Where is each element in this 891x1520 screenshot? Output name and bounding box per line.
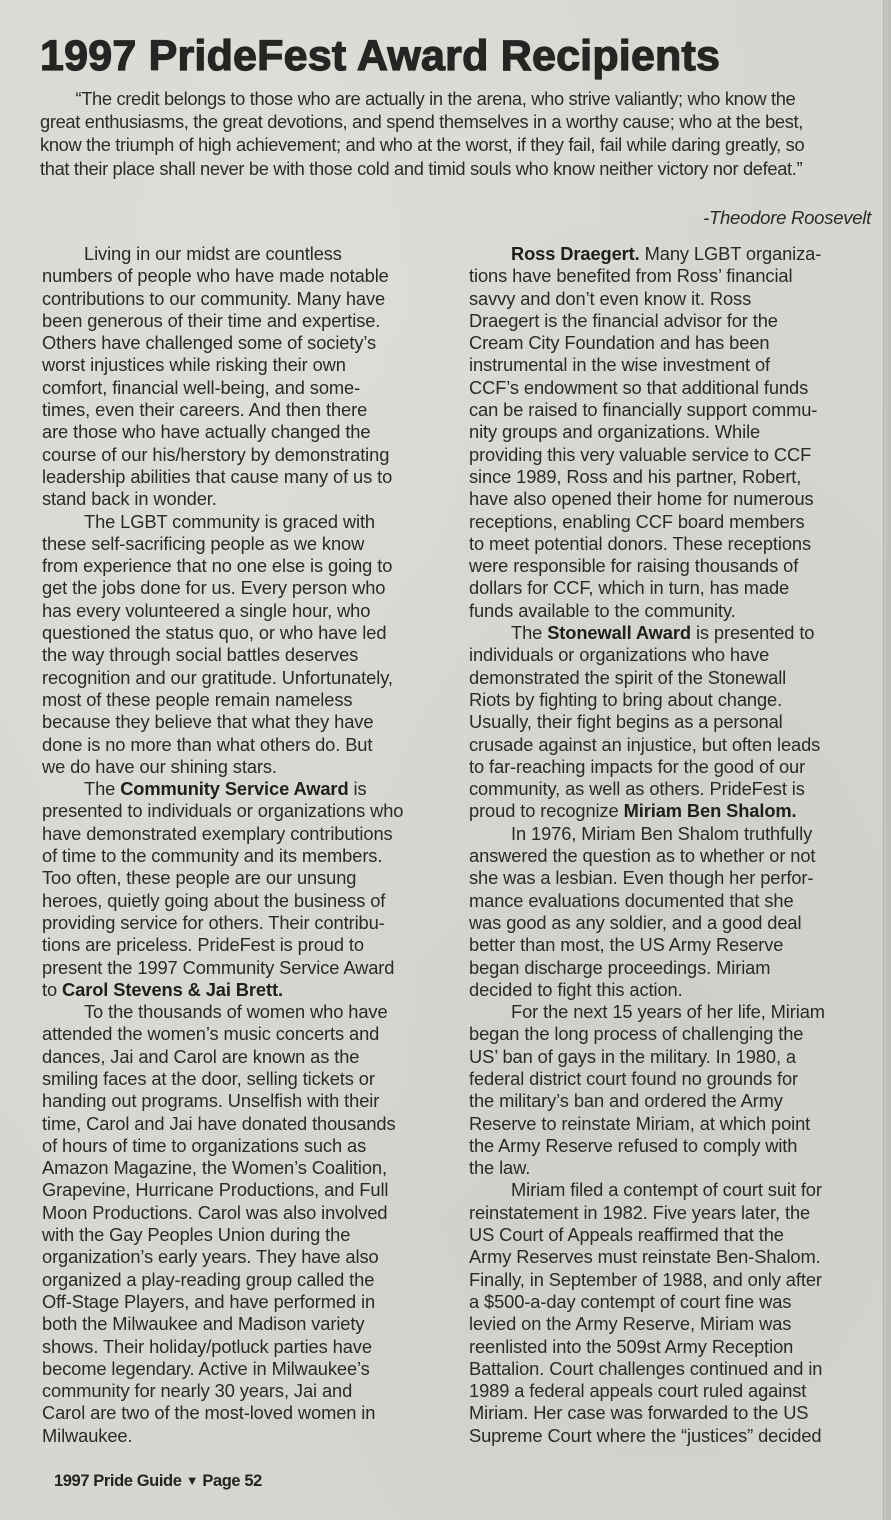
text-line: a $500-a-day contempt of court fine was (469, 1291, 882, 1313)
text-line: since 1989, Ross and his partner, Robert… (469, 466, 882, 488)
body-text: shows. Their holiday/potluck parties hav… (42, 1336, 372, 1357)
text-line: shows. Their holiday/potluck parties hav… (42, 1336, 454, 1358)
text-line: have demonstrated exemplary contribution… (42, 823, 454, 845)
body-text: Many LGBT organiza- (640, 243, 822, 264)
body-text: of time to the community and its members… (42, 845, 382, 866)
body-text: Amazon Magazine, the Women’s Coalition, (42, 1157, 387, 1178)
body-text: to meet potential donors. These receptio… (469, 533, 811, 554)
text-line: the way through social battles deserves (42, 644, 454, 666)
text-line: attended the women’s music concerts and (42, 1023, 454, 1045)
text-line: both the Milwaukee and Madison variety (42, 1313, 454, 1335)
body-text: the law. (469, 1157, 530, 1178)
body-text: reinstatement in 1982. Five years later,… (469, 1202, 810, 1223)
text-line: instrumental in the wise investment of (469, 354, 882, 376)
text-line: Too often, these people are our unsung (42, 867, 454, 889)
body-text: with the Gay Peoples Union during the (42, 1224, 350, 1245)
body-text: levied on the Army Reserve, Miriam was (469, 1313, 791, 1334)
body-text: Miriam filed a contempt of court suit fo… (511, 1179, 822, 1200)
body-text: these self-sacrificing people as we know (42, 533, 364, 554)
body-text: In 1976, Miriam Ben Shalom truthfully (511, 823, 812, 844)
text-line: reenlisted into the 509st Army Reception (469, 1336, 882, 1358)
body-text: smiling faces at the door, selling ticke… (42, 1068, 375, 1089)
body-text: presented to individuals or organization… (42, 800, 403, 821)
text-line: dollars for CCF, which in turn, has made (469, 577, 882, 599)
body-text: both the Milwaukee and Madison variety (42, 1313, 364, 1334)
body-text: course of our his/herstory by demonstrat… (42, 444, 389, 465)
text-line: providing this very valuable service to … (469, 444, 882, 466)
text-line: recognition and our gratitude. Unfortuna… (42, 667, 454, 689)
text-line: become legendary. Active in Milwaukee’s (42, 1358, 454, 1380)
body-text: worst injustices while risking their own (42, 354, 346, 375)
text-line: most of these people remain nameless (42, 689, 454, 711)
body-text: are those who have actually changed the (42, 421, 370, 442)
body-text: a $500-a-day contempt of court fine was (469, 1291, 791, 1312)
text-line: Battalion. Court challenges continued an… (469, 1358, 882, 1380)
text-line: Living in our midst are countless (42, 243, 454, 265)
body-text: funds available to the community. (469, 600, 736, 621)
body-text: is presented to (691, 622, 814, 643)
body-text: US’ ban of gays in the military. In 1980… (469, 1046, 796, 1067)
text-line: federal district court found no grounds … (469, 1068, 882, 1090)
text-line: savvy and don’t even know it. Ross (469, 288, 882, 310)
text-line: answered the question as to whether or n… (469, 845, 882, 867)
text-line: the Army Reserve refused to comply with (469, 1135, 882, 1157)
page-edge-strip (883, 0, 891, 1520)
text-line: done is no more than what others do. But (42, 734, 454, 756)
text-line: these self-sacrificing people as we know (42, 533, 454, 555)
body-text: US Court of Appeals reaffirmed that the (469, 1224, 784, 1245)
body-text: because they believe that what they have (42, 711, 373, 732)
text-line: Moon Productions. Carol was also involve… (42, 1202, 454, 1224)
text-line: with the Gay Peoples Union during the (42, 1224, 454, 1246)
body-text: Living in our midst are countless (84, 243, 342, 264)
text-line: demonstrated the spirit of the Stonewall (469, 667, 882, 689)
text-line: reinstatement in 1982. Five years later,… (469, 1202, 882, 1224)
text-line: Miriam. Her case was forwarded to the US (469, 1402, 882, 1424)
body-text: began discharge proceedings. Miriam (469, 957, 770, 978)
text-line: she was a lesbian. Even though her perfo… (469, 867, 882, 889)
body-text: 1989 a federal appeals court ruled again… (469, 1380, 806, 1401)
text-line: worst injustices while risking their own (42, 354, 454, 376)
body-text: time, Carol and Jai have donated thousan… (42, 1113, 396, 1134)
body-text: began the long process of challenging th… (469, 1023, 803, 1044)
text-line: 1989 a federal appeals court ruled again… (469, 1380, 882, 1402)
body-text: questioned the status quo, or who have l… (42, 622, 386, 643)
body-text: can be raised to financially support com… (469, 399, 817, 420)
publication-name: 1997 Pride Guide (54, 1472, 182, 1490)
body-text: most of these people remain nameless (42, 689, 352, 710)
text-line: Finally, in September of 1988, and only … (469, 1269, 882, 1291)
body-text: contributions to our community. Many hav… (42, 288, 385, 309)
text-line: time, Carol and Jai have donated thousan… (42, 1113, 454, 1135)
body-text: individuals or organizations who have (469, 644, 769, 665)
body-text: mance evaluations documented that she (469, 890, 794, 911)
body-text: present the 1997 Community Service Award (42, 957, 394, 978)
opening-quote: “The credit belongs to those who are act… (40, 87, 836, 180)
body-text: instrumental in the wise investment of (469, 354, 770, 375)
text-line: community, as well as others. PrideFest … (469, 778, 882, 800)
text-line: we do have our shining stars. (42, 756, 454, 778)
text-line: For the next 15 years of her life, Miria… (469, 1001, 882, 1023)
text-line: of time to the community and its members… (42, 845, 454, 867)
text-line: Grapevine, Hurricane Productions, and Fu… (42, 1179, 454, 1201)
text-line: mance evaluations documented that she (469, 890, 882, 912)
body-text: Cream City Foundation and has been (469, 332, 769, 353)
text-line: better than most, the US Army Reserve (469, 934, 882, 956)
text-line: Amazon Magazine, the Women’s Coalition, (42, 1157, 454, 1179)
text-line: presented to individuals or organization… (42, 800, 454, 822)
body-text: Finally, in September of 1988, and only … (469, 1269, 822, 1290)
body-text: Milwaukee. (42, 1425, 132, 1446)
body-text: numbers of people who have made notable (42, 265, 389, 286)
body-text: we do have our shining stars. (42, 756, 277, 777)
body-text: Carol are two of the most-loved women in (42, 1402, 375, 1423)
body-text: comfort, financial well-being, and some- (42, 377, 360, 398)
page-footer: 1997 Pride Guide ▼ Page 52 (54, 1471, 262, 1491)
body-text: since 1989, Ross and his partner, Robert… (469, 466, 801, 487)
text-line: stand back in wonder. (42, 488, 454, 510)
bold-name-text: Ross Draegert. (511, 243, 640, 264)
body-text: To the thousands of women who have (84, 1001, 388, 1022)
text-line: course of our his/herstory by demonstrat… (42, 444, 454, 466)
body-text: heroes, quietly going about the business… (42, 890, 385, 911)
newspaper-page: 1997 PrideFest Award Recipients “The cre… (0, 0, 891, 1520)
text-line: Others have challenged some of society’s (42, 332, 454, 354)
body-text: Moon Productions. Carol was also involve… (42, 1202, 387, 1223)
text-line: crusade against an injustice, but often … (469, 734, 882, 756)
text-line: levied on the Army Reserve, Miriam was (469, 1313, 882, 1335)
body-text: crusade against an injustice, but often … (469, 734, 820, 755)
body-text: attended the women’s music concerts and (42, 1023, 379, 1044)
text-line: In 1976, Miriam Ben Shalom truthfully (469, 823, 882, 845)
body-text: is (349, 778, 367, 799)
text-line: handing out programs. Unselfish with the… (42, 1090, 454, 1112)
body-text: dances, Jai and Carol are known as the (42, 1046, 359, 1067)
body-text: tions are priceless. PrideFest is proud … (42, 934, 364, 955)
text-line: to meet potential donors. These receptio… (469, 533, 882, 555)
text-line: began the long process of challenging th… (469, 1023, 882, 1045)
text-line: Cream City Foundation and has been (469, 332, 882, 354)
body-text: Draegert is the financial advisor for th… (469, 310, 778, 331)
body-text: the Army Reserve refused to comply with (469, 1135, 797, 1156)
body-text: from experience that no one else is goin… (42, 555, 392, 576)
body-text: The LGBT community is graced with (84, 511, 375, 532)
body-text: the military’s ban and ordered the Army (469, 1090, 783, 1111)
body-text: Grapevine, Hurricane Productions, and Fu… (42, 1179, 388, 1200)
body-text: Too often, these people are our unsung (42, 867, 356, 888)
text-line: dances, Jai and Carol are known as the (42, 1046, 454, 1068)
body-text: was good as any soldier, and a good deal (469, 912, 801, 933)
body-text: have also opened their home for numerous (469, 488, 814, 509)
body-text: have demonstrated exemplary contribution… (42, 823, 393, 844)
text-line: The Stonewall Award is presented to (469, 622, 882, 644)
bold-name-text: Stonewall Award (547, 622, 691, 643)
page-number: Page 52 (202, 1472, 262, 1490)
text-line: began discharge proceedings. Miriam (469, 957, 882, 979)
body-text: nity groups and organizations. While (469, 421, 760, 442)
body-text: Supreme Court where the “justices” decid… (469, 1425, 821, 1446)
text-line: to far-reaching impacts for the good of … (469, 756, 882, 778)
text-line: because they believe that what they have (42, 711, 454, 733)
right-column: Ross Draegert. Many LGBT organiza-tions … (469, 243, 882, 1447)
text-line: Draegert is the financial advisor for th… (469, 310, 882, 332)
text-line: The LGBT community is graced with (42, 511, 454, 533)
text-line: times, even their careers. And then ther… (42, 399, 454, 421)
body-text: For the next 15 years of her life, Miria… (511, 1001, 825, 1022)
text-line: community for nearly 30 years, Jai and (42, 1380, 454, 1402)
body-text: dollars for CCF, which in turn, has made (469, 577, 789, 598)
text-line: Supreme Court where the “justices” decid… (469, 1425, 882, 1447)
text-line: tions have benefited from Ross’ financia… (469, 265, 882, 287)
bold-name-text: Miriam Ben Shalom. (624, 800, 797, 821)
text-line: smiling faces at the door, selling ticke… (42, 1068, 454, 1090)
body-text: federal district court found no grounds … (469, 1068, 798, 1089)
text-line: Milwaukee. (42, 1425, 454, 1447)
body-text: Miriam. Her case was forwarded to the US (469, 1402, 808, 1423)
text-line: heroes, quietly going about the business… (42, 890, 454, 912)
body-text: community for nearly 30 years, Jai and (42, 1380, 352, 1401)
text-line: Miriam filed a contempt of court suit fo… (469, 1179, 882, 1201)
text-line: Carol are two of the most-loved women in (42, 1402, 454, 1424)
text-line: tions are priceless. PrideFest is proud … (42, 934, 454, 956)
body-text: decided to fight this action. (469, 979, 683, 1000)
body-text: Off-Stage Players, and have performed in (42, 1291, 375, 1312)
body-text: Reserve to reinstate Miriam, at which po… (469, 1113, 810, 1134)
body-text: get the jobs done for us. Every person w… (42, 577, 385, 598)
text-line: questioned the status quo, or who have l… (42, 622, 454, 644)
body-text: The (511, 622, 547, 643)
text-line: organized a play-reading group called th… (42, 1269, 454, 1291)
body-text: Usually, their fight begins as a persona… (469, 711, 783, 732)
body-text: to far-reaching impacts for the good of … (469, 756, 805, 777)
text-line: US’ ban of gays in the military. In 1980… (469, 1046, 882, 1068)
text-line: leadership abilities that cause many of … (42, 466, 454, 488)
bold-name-text: Carol Stevens & Jai Brett. (62, 979, 283, 1000)
text-line: been generous of their time and expertis… (42, 310, 454, 332)
text-line: can be raised to financially support com… (469, 399, 882, 421)
text-line: organization’s early years. They have al… (42, 1246, 454, 1268)
body-text: demonstrated the spirit of the Stonewall (469, 667, 786, 688)
text-line: proud to recognize Miriam Ben Shalom. (469, 800, 882, 822)
body-text: proud to recognize (469, 800, 624, 821)
body-text: receptions, enabling CCF board members (469, 511, 805, 532)
text-line: Usually, their fight begins as a persona… (469, 711, 882, 733)
body-text: organization’s early years. They have al… (42, 1246, 379, 1267)
body-text: leadership abilities that cause many of … (42, 466, 392, 487)
body-text: savvy and don’t even know it. Ross (469, 288, 751, 309)
body-text: Others have challenged some of society’s (42, 332, 376, 353)
body-text: times, even their careers. And then ther… (42, 399, 367, 420)
body-text: Riots by fighting to bring about change. (469, 689, 782, 710)
body-text: recognition and our gratitude. Unfortuna… (42, 667, 393, 688)
text-line: was good as any soldier, and a good deal (469, 912, 882, 934)
text-line: US Court of Appeals reaffirmed that the (469, 1224, 882, 1246)
body-text: done is no more than what others do. But (42, 734, 372, 755)
text-line: were responsible for raising thousands o… (469, 555, 882, 577)
text-line: the military’s ban and ordered the Army (469, 1090, 882, 1112)
body-text: Army Reserves must reinstate Ben-Shalom. (469, 1246, 821, 1267)
body-text: CCF’s endowment so that additional funds (469, 377, 808, 398)
text-line: funds available to the community. (469, 600, 882, 622)
left-column: Living in our midst are countlessnumbers… (42, 243, 454, 1447)
text-line: CCF’s endowment so that additional funds (469, 377, 882, 399)
body-text: of hours of time to organizations such a… (42, 1135, 366, 1156)
text-line: Reserve to reinstate Miriam, at which po… (469, 1113, 882, 1135)
text-line: Riots by fighting to bring about change. (469, 689, 882, 711)
text-line: present the 1997 Community Service Award (42, 957, 454, 979)
text-line: decided to fight this action. (469, 979, 882, 1001)
body-text: The (84, 778, 120, 799)
text-line: comfort, financial well-being, and some- (42, 377, 454, 399)
text-line: to Carol Stevens & Jai Brett. (42, 979, 454, 1001)
text-line: receptions, enabling CCF board members (469, 511, 882, 533)
body-text: providing service for others. Their cont… (42, 912, 385, 933)
bold-name-text: Community Service Award (120, 778, 348, 799)
body-text: been generous of their time and expertis… (42, 310, 380, 331)
body-text: has every volunteered a single hour, who (42, 600, 370, 621)
text-line: has every volunteered a single hour, who (42, 600, 454, 622)
body-text: tions have benefited from Ross’ financia… (469, 265, 792, 286)
text-line: contributions to our community. Many hav… (42, 288, 454, 310)
body-text: to (42, 979, 62, 1000)
text-line: To the thousands of women who have (42, 1001, 454, 1023)
text-line: get the jobs done for us. Every person w… (42, 577, 454, 599)
body-text: providing this very valuable service to … (469, 444, 811, 465)
body-text: were responsible for raising thousands o… (469, 555, 798, 576)
triangle-down-icon: ▼ (186, 1473, 198, 1488)
text-line: numbers of people who have made notable (42, 265, 454, 287)
text-line: have also opened their home for numerous (469, 488, 882, 510)
text-line: Off-Stage Players, and have performed in (42, 1291, 454, 1313)
text-line: Ross Draegert. Many LGBT organiza- (469, 243, 882, 265)
text-line: Army Reserves must reinstate Ben-Shalom. (469, 1246, 882, 1268)
body-text: reenlisted into the 509st Army Reception (469, 1336, 793, 1357)
body-text: community, as well as others. PrideFest … (469, 778, 805, 799)
text-line: are those who have actually changed the (42, 421, 454, 443)
article-title: 1997 PrideFest Award Recipients (40, 30, 720, 82)
body-text: organized a play-reading group called th… (42, 1269, 374, 1290)
quote-attribution: -Theodore Roosevelt (703, 207, 871, 229)
text-line: providing service for others. Their cont… (42, 912, 454, 934)
text-line: of hours of time to organizations such a… (42, 1135, 454, 1157)
body-text: better than most, the US Army Reserve (469, 934, 783, 955)
body-text: handing out programs. Unselfish with the… (42, 1090, 379, 1111)
body-text: become legendary. Active in Milwaukee’s (42, 1358, 370, 1379)
body-text: answered the question as to whether or n… (469, 845, 815, 866)
body-text: she was a lesbian. Even though her perfo… (469, 867, 813, 888)
text-line: individuals or organizations who have (469, 644, 882, 666)
body-text: Battalion. Court challenges continued an… (469, 1358, 822, 1379)
body-text: the way through social battles deserves (42, 644, 358, 665)
body-text: stand back in wonder. (42, 488, 217, 509)
text-line: from experience that no one else is goin… (42, 555, 454, 577)
text-line: nity groups and organizations. While (469, 421, 882, 443)
text-line: The Community Service Award is (42, 778, 454, 800)
text-line: the law. (469, 1157, 882, 1179)
